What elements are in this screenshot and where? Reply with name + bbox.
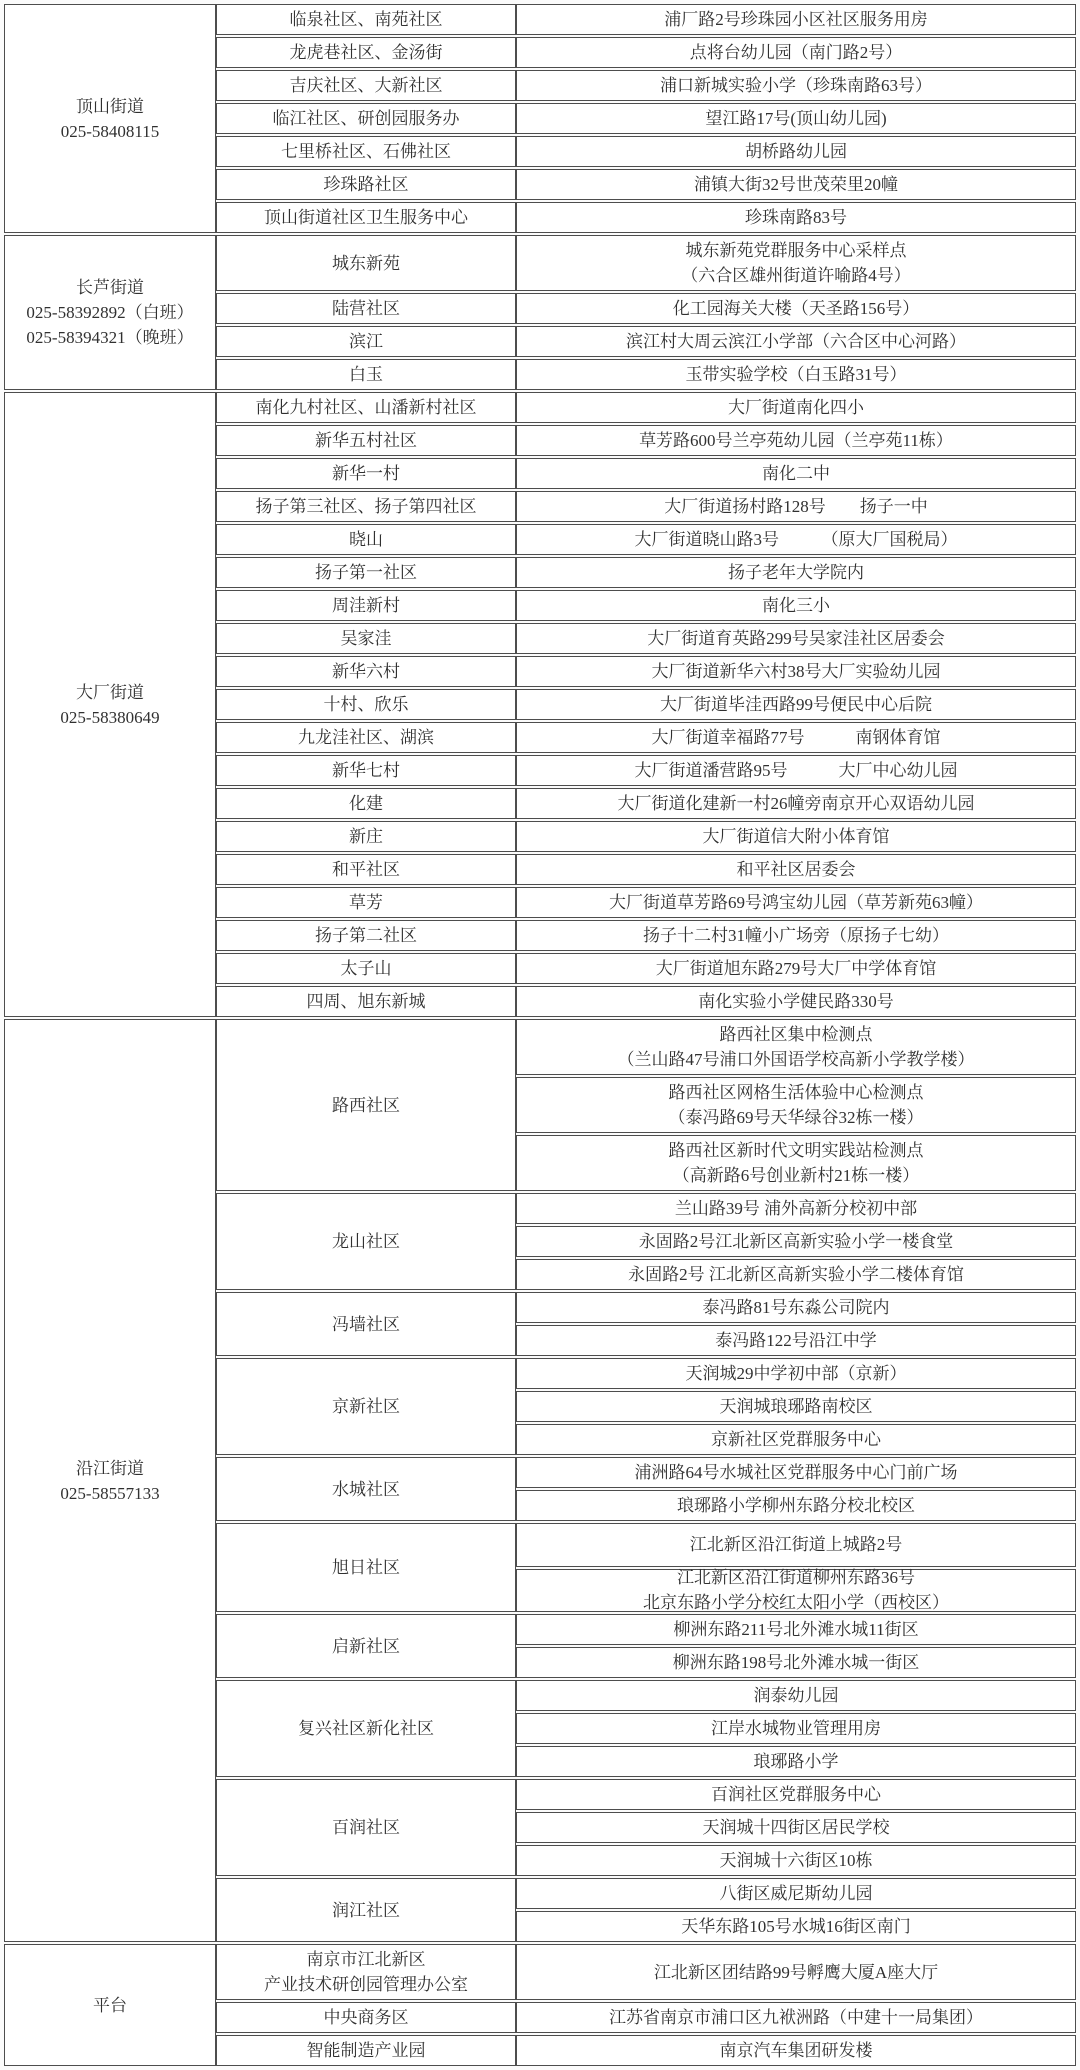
community-name: 龙虎巷社区、金汤街 bbox=[290, 40, 443, 65]
address-list: 大厂街道毕洼西路99号便民中心后院 bbox=[516, 689, 1076, 720]
address-cell: 京新社区党群服务中心 bbox=[516, 1424, 1076, 1455]
address-cell: 南化三小 bbox=[516, 590, 1076, 621]
community-row: 四周、旭东新城南化实验小学健民路330号 bbox=[216, 986, 1076, 1017]
address-cell: 路西社区集中检测点（兰山路47号浦口外国语学校高新小学教学楼） bbox=[516, 1019, 1076, 1075]
address-cell: 大厂街道南化四小 bbox=[516, 392, 1076, 423]
community-row: 南京市江北新区产业技术研创园管理办公室江北新区团结路99号孵鹰大厦A座大厅 bbox=[216, 1944, 1076, 2000]
address-list: 珍珠南路83号 bbox=[516, 202, 1076, 233]
address-cell: 和平社区居委会 bbox=[516, 854, 1076, 885]
address-line: 胡桥路幼儿园 bbox=[745, 139, 847, 164]
address-line: 大厂街道幸福路77号 南钢体育馆 bbox=[652, 725, 941, 750]
community-cell: 龙山社区 bbox=[216, 1193, 516, 1290]
community-rows: 南京市江北新区产业技术研创园管理办公室江北新区团结路99号孵鹰大厦A座大厅中央商… bbox=[216, 1944, 1076, 2066]
community-cell: 珍珠路社区 bbox=[216, 169, 516, 200]
address-line: 大厂街道晓山路3号 （原大厂国税局） bbox=[635, 527, 958, 552]
community-row: 新华一村南化二中 bbox=[216, 458, 1076, 489]
address-cell: 大厂街道潘营路95号 大厂中心幼儿园 bbox=[516, 755, 1076, 786]
address-list: 江北新区团结路99号孵鹰大厦A座大厅 bbox=[516, 1944, 1076, 2000]
address-list: 大厂街道草芳路69号鸿宝幼儿园（草芳新苑63幢） bbox=[516, 887, 1076, 918]
address-cell: 江苏省南京市浦口区九袱洲路（中建十一局集团） bbox=[516, 2002, 1076, 2033]
address-line: 路西社区网格生活体验中心检测点 bbox=[669, 1080, 924, 1105]
address-line: 城东新苑党群服务中心采样点 bbox=[686, 238, 907, 263]
address-cell: 泰冯路122号沿江中学 bbox=[516, 1325, 1076, 1356]
community-name: 龙山社区 bbox=[332, 1229, 400, 1254]
community-cell: 吴家洼 bbox=[216, 623, 516, 654]
community-name: 和平社区 bbox=[332, 857, 400, 882]
community-cell: 临江社区、研创园服务办 bbox=[216, 103, 516, 134]
community-name: 化建 bbox=[349, 791, 383, 816]
address-list: 润泰幼儿园江岸水城物业管理用房琅琊路小学 bbox=[516, 1680, 1076, 1777]
community-cell: 草芳 bbox=[216, 887, 516, 918]
address-cell: 草芳路600号兰亭苑幼儿园（兰亭苑11栋） bbox=[516, 425, 1076, 456]
address-line: 路西社区新时代文明实践站检测点 bbox=[669, 1138, 924, 1163]
address-line: 永固路2号 江北新区高新实验小学二楼体育馆 bbox=[628, 1262, 964, 1287]
community-name: 旭日社区 bbox=[332, 1555, 400, 1580]
community-name: 七里桥社区、石佛社区 bbox=[281, 139, 451, 164]
community-cell: 滨江 bbox=[216, 326, 516, 357]
address-list: 百润社区党群服务中心天润城十四街区居民学校天润城十六街区10栋 bbox=[516, 1779, 1076, 1876]
community-cell: 七里桥社区、石佛社区 bbox=[216, 136, 516, 167]
community-name: 新华六村 bbox=[332, 659, 400, 684]
address-line: 滨江村大周云滨江小学部（六合区中心河路） bbox=[626, 329, 966, 354]
address-cell: 天润城琅琊路南校区 bbox=[516, 1391, 1076, 1422]
community-row: 太子山大厂街道旭东路279号大厂中学体育馆 bbox=[216, 953, 1076, 984]
address-line: 江岸水城物业管理用房 bbox=[711, 1716, 881, 1741]
address-cell: 八街区威尼斯幼儿园 bbox=[516, 1878, 1076, 1909]
community-cell: 晓山 bbox=[216, 524, 516, 555]
address-list: 大厂街道南化四小 bbox=[516, 392, 1076, 423]
address-line: 扬子老年大学院内 bbox=[728, 560, 864, 585]
address-cell: 滨江村大周云滨江小学部（六合区中心河路） bbox=[516, 326, 1076, 357]
address-line: 望江路17号(顶山幼儿园) bbox=[705, 106, 886, 131]
address-line: 大厂街道新华六村38号大厂实验幼儿园 bbox=[652, 659, 941, 684]
address-line: 泰冯路122号沿江中学 bbox=[715, 1328, 877, 1353]
community-row: 复兴社区新化社区润泰幼儿园江岸水城物业管理用房琅琊路小学 bbox=[216, 1680, 1076, 1777]
street-name: 平台 bbox=[93, 1993, 127, 2018]
community-cell: 陆营社区 bbox=[216, 293, 516, 324]
address-cell: 泰冯路81号东淼公司院内 bbox=[516, 1292, 1076, 1323]
address-line: 草芳路600号兰亭苑幼儿园（兰亭苑11栋） bbox=[639, 428, 953, 453]
street-group: 长芦街道025-58392892（白班）025-58394321（晚班）城东新苑… bbox=[4, 235, 1076, 390]
address-cell: 柳洲东路211号北外滩水城11街区 bbox=[516, 1614, 1076, 1645]
community-name: 扬子第二社区 bbox=[315, 923, 417, 948]
address-line: 江北新区团结路99号孵鹰大厦A座大厅 bbox=[654, 1960, 938, 1985]
address-line: 天润城琅琊路南校区 bbox=[720, 1394, 873, 1419]
community-row: 陆营社区化工园海关大楼（天圣路156号） bbox=[216, 293, 1076, 324]
community-cell: 四周、旭东新城 bbox=[216, 986, 516, 1017]
address-list: 大厂街道育英路299号吴家洼社区居委会 bbox=[516, 623, 1076, 654]
street-group: 顶山街道025-58408115临泉社区、南苑社区浦厂路2号珍珠园小区社区服务用… bbox=[4, 4, 1076, 233]
testing-sites-table: 顶山街道025-58408115临泉社区、南苑社区浦厂路2号珍珠园小区社区服务用… bbox=[4, 4, 1076, 2066]
community-cell: 南化九村社区、山潘新村社区 bbox=[216, 392, 516, 423]
address-line: （高新路6号创业新村21栋一楼） bbox=[673, 1163, 920, 1188]
community-cell: 城东新苑 bbox=[216, 235, 516, 291]
street-name: 顶山街道 bbox=[76, 94, 144, 119]
community-row: 和平社区和平社区居委会 bbox=[216, 854, 1076, 885]
address-cell: 南化二中 bbox=[516, 458, 1076, 489]
community-row: 化建大厂街道化建新一村26幢旁南京开心双语幼儿园 bbox=[216, 788, 1076, 819]
street-phone: 025-58392892（白班） bbox=[26, 300, 193, 325]
community-row: 南化九村社区、山潘新村社区大厂街道南化四小 bbox=[216, 392, 1076, 423]
address-cell: 化工园海关大楼（天圣路156号） bbox=[516, 293, 1076, 324]
community-row: 新庄大厂街道信大附小体育馆 bbox=[216, 821, 1076, 852]
community-rows: 南化九村社区、山潘新村社区大厂街道南化四小新华五村社区草芳路600号兰亭苑幼儿园… bbox=[216, 392, 1076, 1017]
street-group: 平台南京市江北新区产业技术研创园管理办公室江北新区团结路99号孵鹰大厦A座大厅中… bbox=[4, 1944, 1076, 2066]
address-cell: 浦镇大街32号世茂荣里20幢 bbox=[516, 169, 1076, 200]
community-cell: 复兴社区新化社区 bbox=[216, 1680, 516, 1777]
community-name: 临江社区、研创园服务办 bbox=[273, 106, 460, 131]
community-name: 十村、欣乐 bbox=[324, 692, 409, 717]
address-line: 大厂街道潘营路95号 大厂中心幼儿园 bbox=[635, 758, 958, 783]
community-name: 京新社区 bbox=[332, 1394, 400, 1419]
address-cell: 路西社区新时代文明实践站检测点（高新路6号创业新村21栋一楼） bbox=[516, 1135, 1076, 1191]
address-cell: 江北新区沿江街道柳州东路36号北京东路小学分校红太阳小学（西校区） bbox=[516, 1569, 1076, 1613]
address-line: 浦洲路64号水城社区党群服务中心门前广场 bbox=[635, 1460, 958, 1485]
address-list: 胡桥路幼儿园 bbox=[516, 136, 1076, 167]
community-name: 新华一村 bbox=[332, 461, 400, 486]
address-cell: 大厂街道化建新一村26幢旁南京开心双语幼儿园 bbox=[516, 788, 1076, 819]
address-cell: 路西社区网格生活体验中心检测点（泰冯路69号天华绿谷32栋一楼） bbox=[516, 1077, 1076, 1133]
address-cell: 天华东路105号水城16街区南门 bbox=[516, 1911, 1076, 1942]
address-list: 南化三小 bbox=[516, 590, 1076, 621]
address-list: 江北新区沿江街道上城路2号江北新区沿江街道柳州东路36号北京东路小学分校红太阳小… bbox=[516, 1523, 1076, 1612]
community-name: 百润社区 bbox=[332, 1815, 400, 1840]
address-list: 大厂街道信大附小体育馆 bbox=[516, 821, 1076, 852]
street-phone: 025-58380649 bbox=[60, 705, 159, 730]
community-rows: 城东新苑城东新苑党群服务中心采样点（六合区雄州街道许喻路4号）陆营社区化工园海关… bbox=[216, 235, 1076, 390]
community-name: 中央商务区 bbox=[324, 2005, 409, 2030]
community-row: 七里桥社区、石佛社区胡桥路幼儿园 bbox=[216, 136, 1076, 167]
address-cell: 浦洲路64号水城社区党群服务中心门前广场 bbox=[516, 1457, 1076, 1488]
address-list: 兰山路39号 浦外高新分校初中部永固路2号江北新区高新实验小学一楼食堂永固路2号… bbox=[516, 1193, 1076, 1290]
address-line: 化工园海关大楼（天圣路156号） bbox=[673, 296, 920, 321]
address-list: 城东新苑党群服务中心采样点（六合区雄州街道许喻路4号） bbox=[516, 235, 1076, 291]
community-cell: 路西社区 bbox=[216, 1019, 516, 1191]
community-cell: 新华五村社区 bbox=[216, 425, 516, 456]
street-group: 大厂街道025-58380649南化九村社区、山潘新村社区大厂街道南化四小新华五… bbox=[4, 392, 1076, 1017]
community-cell: 旭日社区 bbox=[216, 1523, 516, 1612]
address-cell: 望江路17号(顶山幼儿园) bbox=[516, 103, 1076, 134]
address-cell: 浦厂路2号珍珠园小区社区服务用房 bbox=[516, 4, 1076, 35]
address-cell: 百润社区党群服务中心 bbox=[516, 1779, 1076, 1810]
community-row: 冯墙社区泰冯路81号东淼公司院内泰冯路122号沿江中学 bbox=[216, 1292, 1076, 1356]
address-line: 大厂街道草芳路69号鸿宝幼儿园（草芳新苑63幢） bbox=[609, 890, 983, 915]
community-cell: 新华七村 bbox=[216, 755, 516, 786]
address-list: 大厂街道新华六村38号大厂实验幼儿园 bbox=[516, 656, 1076, 687]
community-name: 南京市江北新区 bbox=[307, 1947, 426, 1972]
community-cell: 南京市江北新区产业技术研创园管理办公室 bbox=[216, 1944, 516, 2000]
address-list: 八街区威尼斯幼儿园天华东路105号水城16街区南门 bbox=[516, 1878, 1076, 1942]
community-name: 四周、旭东新城 bbox=[307, 989, 426, 1014]
address-list: 和平社区居委会 bbox=[516, 854, 1076, 885]
address-cell: 永固路2号 江北新区高新实验小学二楼体育馆 bbox=[516, 1259, 1076, 1290]
address-cell: 大厂街道育英路299号吴家洼社区居委会 bbox=[516, 623, 1076, 654]
community-name: 滨江 bbox=[349, 329, 383, 354]
address-list: 柳洲东路211号北外滩水城11街区柳洲东路198号北外滩水城一街区 bbox=[516, 1614, 1076, 1678]
address-cell: 大厂街道晓山路3号 （原大厂国税局） bbox=[516, 524, 1076, 555]
address-line: 大厂街道南化四小 bbox=[728, 395, 864, 420]
address-line: 浦镇大街32号世茂荣里20幢 bbox=[694, 172, 898, 197]
street-name: 大厂街道 bbox=[76, 680, 144, 705]
community-cell: 吉庆社区、大新社区 bbox=[216, 70, 516, 101]
street-phone: 025-58557133 bbox=[60, 1481, 159, 1506]
community-cell: 化建 bbox=[216, 788, 516, 819]
address-list: 南化实验小学健民路330号 bbox=[516, 986, 1076, 1017]
address-list: 泰冯路81号东淼公司院内泰冯路122号沿江中学 bbox=[516, 1292, 1076, 1356]
address-cell: 柳洲东路198号北外滩水城一街区 bbox=[516, 1647, 1076, 1678]
address-list: 浦镇大街32号世茂荣里20幢 bbox=[516, 169, 1076, 200]
address-line: 南化二中 bbox=[762, 461, 830, 486]
address-list: 大厂街道旭东路279号大厂中学体育馆 bbox=[516, 953, 1076, 984]
community-row: 启新社区柳洲东路211号北外滩水城11街区柳洲东路198号北外滩水城一街区 bbox=[216, 1614, 1076, 1678]
address-line: 琅琊路小学柳州东路分校北校区 bbox=[677, 1493, 915, 1518]
community-name: 扬子第一社区 bbox=[315, 560, 417, 585]
address-line: 大厂街道毕洼西路99号便民中心后院 bbox=[660, 692, 932, 717]
address-line: 琅琊路小学 bbox=[754, 1749, 839, 1774]
address-cell: 润泰幼儿园 bbox=[516, 1680, 1076, 1711]
community-name: 润江社区 bbox=[332, 1898, 400, 1923]
address-list: 扬子十二村31幢小广场旁（原扬子七幼） bbox=[516, 920, 1076, 951]
community-name: 扬子第三社区、扬子第四社区 bbox=[256, 494, 477, 519]
community-cell: 新华六村 bbox=[216, 656, 516, 687]
community-row: 扬子第一社区扬子老年大学院内 bbox=[216, 557, 1076, 588]
address-line: 润泰幼儿园 bbox=[754, 1683, 839, 1708]
address-line: 浦口新城实验小学（珍珠南路63号） bbox=[660, 73, 932, 98]
address-line: 珍珠南路83号 bbox=[745, 205, 847, 230]
community-cell: 新庄 bbox=[216, 821, 516, 852]
street-cell: 顶山街道025-58408115 bbox=[4, 4, 216, 233]
address-list: 浦厂路2号珍珠园小区社区服务用房 bbox=[516, 4, 1076, 35]
address-line: 大厂街道化建新一村26幢旁南京开心双语幼儿园 bbox=[618, 791, 975, 816]
community-rows: 临泉社区、南苑社区浦厂路2号珍珠园小区社区服务用房龙虎巷社区、金汤街点将台幼儿园… bbox=[216, 4, 1076, 233]
address-cell: 琅琊路小学柳州东路分校北校区 bbox=[516, 1490, 1076, 1521]
community-name: 陆营社区 bbox=[332, 296, 400, 321]
community-name: 临泉社区、南苑社区 bbox=[290, 7, 443, 32]
community-row: 吴家洼大厂街道育英路299号吴家洼社区居委会 bbox=[216, 623, 1076, 654]
address-line: 八街区威尼斯幼儿园 bbox=[720, 1881, 873, 1906]
community-cell: 启新社区 bbox=[216, 1614, 516, 1678]
address-cell: 大厂街道扬村路128号 扬子一中 bbox=[516, 491, 1076, 522]
address-list: 望江路17号(顶山幼儿园) bbox=[516, 103, 1076, 134]
community-name: 太子山 bbox=[341, 956, 392, 981]
community-row: 十村、欣乐大厂街道毕洼西路99号便民中心后院 bbox=[216, 689, 1076, 720]
community-row: 周洼新村南化三小 bbox=[216, 590, 1076, 621]
address-line: 南化三小 bbox=[762, 593, 830, 618]
address-cell: 南京汽车集团研发楼 bbox=[516, 2035, 1076, 2066]
address-list: 扬子老年大学院内 bbox=[516, 557, 1076, 588]
community-cell: 顶山街道社区卫生服务中心 bbox=[216, 202, 516, 233]
community-name: 冯墙社区 bbox=[332, 1312, 400, 1337]
address-line: 扬子十二村31幢小广场旁（原扬子七幼） bbox=[643, 923, 949, 948]
community-row: 草芳大厂街道草芳路69号鸿宝幼儿园（草芳新苑63幢） bbox=[216, 887, 1076, 918]
community-name: 智能制造产业园 bbox=[307, 2038, 426, 2063]
address-list: 草芳路600号兰亭苑幼儿园（兰亭苑11栋） bbox=[516, 425, 1076, 456]
community-cell: 水城社区 bbox=[216, 1457, 516, 1521]
street-cell: 平台 bbox=[4, 1944, 216, 2066]
community-row: 白玉玉带实验学校（白玉路31号） bbox=[216, 359, 1076, 390]
community-name: 草芳 bbox=[349, 890, 383, 915]
community-name: 水城社区 bbox=[332, 1477, 400, 1502]
community-row: 珍珠路社区浦镇大街32号世茂荣里20幢 bbox=[216, 169, 1076, 200]
street-phone: 025-58394321（晚班） bbox=[26, 325, 193, 350]
community-cell: 润江社区 bbox=[216, 1878, 516, 1942]
address-list: 浦口新城实验小学（珍珠南路63号） bbox=[516, 70, 1076, 101]
community-row: 百润社区百润社区党群服务中心天润城十四街区居民学校天润城十六街区10栋 bbox=[216, 1779, 1076, 1876]
address-line: 南京汽车集团研发楼 bbox=[720, 2038, 873, 2063]
community-row: 滨江滨江村大周云滨江小学部（六合区中心河路） bbox=[216, 326, 1076, 357]
address-line: 柳洲东路198号北外滩水城一街区 bbox=[673, 1650, 920, 1675]
address-line: 江苏省南京市浦口区九袱洲路（中建十一局集团） bbox=[609, 2005, 983, 2030]
address-line: 天润城十四街区居民学校 bbox=[703, 1815, 890, 1840]
community-row: 晓山大厂街道晓山路3号 （原大厂国税局） bbox=[216, 524, 1076, 555]
address-cell: 天润城十六街区10栋 bbox=[516, 1845, 1076, 1876]
community-row: 智能制造产业园南京汽车集团研发楼 bbox=[216, 2035, 1076, 2066]
address-list: 大厂街道潘营路95号 大厂中心幼儿园 bbox=[516, 755, 1076, 786]
address-list: 大厂街道化建新一村26幢旁南京开心双语幼儿园 bbox=[516, 788, 1076, 819]
community-name: 吴家洼 bbox=[341, 626, 392, 651]
community-cell: 百润社区 bbox=[216, 1779, 516, 1876]
address-list: 大厂街道晓山路3号 （原大厂国税局） bbox=[516, 524, 1076, 555]
community-row: 中央商务区江苏省南京市浦口区九袱洲路（中建十一局集团） bbox=[216, 2002, 1076, 2033]
address-cell: 浦口新城实验小学（珍珠南路63号） bbox=[516, 70, 1076, 101]
address-line: 北京东路小学分校红太阳小学（西校区） bbox=[643, 1590, 949, 1615]
address-line: 玉带实验学校（白玉路31号） bbox=[686, 362, 907, 387]
community-name: 复兴社区新化社区 bbox=[298, 1716, 434, 1741]
community-cell: 冯墙社区 bbox=[216, 1292, 516, 1356]
community-name: 周洼新村 bbox=[332, 593, 400, 618]
community-row: 顶山街道社区卫生服务中心珍珠南路83号 bbox=[216, 202, 1076, 233]
address-cell: 江岸水城物业管理用房 bbox=[516, 1713, 1076, 1744]
address-list: 江苏省南京市浦口区九袱洲路（中建十一局集团） bbox=[516, 2002, 1076, 2033]
community-row: 龙山社区兰山路39号 浦外高新分校初中部永固路2号江北新区高新实验小学一楼食堂永… bbox=[216, 1193, 1076, 1290]
address-line: 天润城29中学初中部（京新） bbox=[686, 1361, 907, 1386]
address-line: 路西社区集中检测点 bbox=[720, 1022, 873, 1047]
community-row: 临泉社区、南苑社区浦厂路2号珍珠园小区社区服务用房 bbox=[216, 4, 1076, 35]
community-cell: 扬子第一社区 bbox=[216, 557, 516, 588]
address-line: 京新社区党群服务中心 bbox=[711, 1427, 881, 1452]
address-cell: 扬子老年大学院内 bbox=[516, 557, 1076, 588]
address-line: 泰冯路81号东淼公司院内 bbox=[703, 1295, 890, 1320]
address-cell: 大厂街道幸福路77号 南钢体育馆 bbox=[516, 722, 1076, 753]
address-list: 滨江村大周云滨江小学部（六合区中心河路） bbox=[516, 326, 1076, 357]
address-cell: 大厂街道毕洼西路99号便民中心后院 bbox=[516, 689, 1076, 720]
address-cell: 永固路2号江北新区高新实验小学一楼食堂 bbox=[516, 1226, 1076, 1257]
address-cell: 珍珠南路83号 bbox=[516, 202, 1076, 233]
address-cell: 琅琊路小学 bbox=[516, 1746, 1076, 1777]
community-row: 九龙洼社区、湖滨大厂街道幸福路77号 南钢体育馆 bbox=[216, 722, 1076, 753]
community-cell: 和平社区 bbox=[216, 854, 516, 885]
community-name: 南化九村社区、山潘新村社区 bbox=[256, 395, 477, 420]
community-name: 白玉 bbox=[349, 362, 383, 387]
community-name: 顶山街道社区卫生服务中心 bbox=[264, 205, 468, 230]
community-cell: 京新社区 bbox=[216, 1358, 516, 1455]
address-line: 永固路2号江北新区高新实验小学一楼食堂 bbox=[639, 1229, 954, 1254]
community-name: 吉庆社区、大新社区 bbox=[290, 73, 443, 98]
address-cell: 大厂街道信大附小体育馆 bbox=[516, 821, 1076, 852]
address-line: （六合区雄州街道许喻路4号） bbox=[681, 263, 911, 288]
community-cell: 中央商务区 bbox=[216, 2002, 516, 2033]
address-cell: 兰山路39号 浦外高新分校初中部 bbox=[516, 1193, 1076, 1224]
community-name: 珍珠路社区 bbox=[324, 172, 409, 197]
community-row: 临江社区、研创园服务办望江路17号(顶山幼儿园) bbox=[216, 103, 1076, 134]
address-line: 天润城十六街区10栋 bbox=[720, 1848, 873, 1873]
address-list: 南化二中 bbox=[516, 458, 1076, 489]
street-cell: 沿江街道025-58557133 bbox=[4, 1019, 216, 1942]
community-cell: 新华一村 bbox=[216, 458, 516, 489]
address-cell: 南化实验小学健民路330号 bbox=[516, 986, 1076, 1017]
community-row: 城东新苑城东新苑党群服务中心采样点（六合区雄州街道许喻路4号） bbox=[216, 235, 1076, 291]
address-list: 大厂街道幸福路77号 南钢体育馆 bbox=[516, 722, 1076, 753]
address-cell: 扬子十二村31幢小广场旁（原扬子七幼） bbox=[516, 920, 1076, 951]
street-cell: 长芦街道025-58392892（白班）025-58394321（晚班） bbox=[4, 235, 216, 390]
address-cell: 胡桥路幼儿园 bbox=[516, 136, 1076, 167]
community-row: 吉庆社区、大新社区浦口新城实验小学（珍珠南路63号） bbox=[216, 70, 1076, 101]
address-line: 百润社区党群服务中心 bbox=[711, 1782, 881, 1807]
community-cell: 白玉 bbox=[216, 359, 516, 390]
address-line: （泰冯路69号天华绿谷32栋一楼） bbox=[669, 1105, 924, 1130]
address-list: 浦洲路64号水城社区党群服务中心门前广场琅琊路小学柳州东路分校北校区 bbox=[516, 1457, 1076, 1521]
address-list: 大厂街道扬村路128号 扬子一中 bbox=[516, 491, 1076, 522]
community-cell: 九龙洼社区、湖滨 bbox=[216, 722, 516, 753]
address-line: 江北新区沿江街道上城路2号 bbox=[690, 1532, 903, 1557]
address-cell: 大厂街道新华六村38号大厂实验幼儿园 bbox=[516, 656, 1076, 687]
address-line: 江北新区沿江街道柳州东路36号 bbox=[677, 1565, 915, 1590]
community-name: 晓山 bbox=[349, 527, 383, 552]
address-line: 大厂街道旭东路279号大厂中学体育馆 bbox=[656, 956, 937, 981]
community-row: 旭日社区江北新区沿江街道上城路2号江北新区沿江街道柳州东路36号北京东路小学分校… bbox=[216, 1523, 1076, 1612]
street-cell: 大厂街道025-58380649 bbox=[4, 392, 216, 1017]
address-line: 大厂街道育英路299号吴家洼社区居委会 bbox=[647, 626, 945, 651]
address-line: 柳洲东路211号北外滩水城11街区 bbox=[673, 1617, 918, 1642]
address-line: 浦厂路2号珍珠园小区社区服务用房 bbox=[664, 7, 928, 32]
community-cell: 扬子第三社区、扬子第四社区 bbox=[216, 491, 516, 522]
community-name: 路西社区 bbox=[332, 1093, 400, 1118]
community-cell: 临泉社区、南苑社区 bbox=[216, 4, 516, 35]
address-cell: 玉带实验学校（白玉路31号） bbox=[516, 359, 1076, 390]
address-line: 和平社区居委会 bbox=[737, 857, 856, 882]
community-name: 九龙洼社区、湖滨 bbox=[298, 725, 434, 750]
street-group: 沿江街道025-58557133路西社区路西社区集中检测点（兰山路47号浦口外国… bbox=[4, 1019, 1076, 1942]
community-name: 启新社区 bbox=[332, 1634, 400, 1659]
address-line: 天华东路105号水城16街区南门 bbox=[681, 1914, 911, 1939]
community-cell: 龙虎巷社区、金汤街 bbox=[216, 37, 516, 68]
address-list: 天润城29中学初中部（京新）天润城琅琊路南校区京新社区党群服务中心 bbox=[516, 1358, 1076, 1455]
street-name: 长芦街道 bbox=[76, 275, 144, 300]
community-name: 新庄 bbox=[349, 824, 383, 849]
address-line: 大厂街道扬村路128号 扬子一中 bbox=[664, 494, 928, 519]
address-line: 大厂街道信大附小体育馆 bbox=[703, 824, 890, 849]
community-name: 产业技术研创园管理办公室 bbox=[264, 1972, 468, 1997]
address-list: 玉带实验学校（白玉路31号） bbox=[516, 359, 1076, 390]
address-cell: 江北新区沿江街道上城路2号 bbox=[516, 1523, 1076, 1567]
address-cell: 天润城十四街区居民学校 bbox=[516, 1812, 1076, 1843]
community-cell: 扬子第二社区 bbox=[216, 920, 516, 951]
address-cell: 江北新区团结路99号孵鹰大厦A座大厅 bbox=[516, 1944, 1076, 2000]
community-row: 水城社区浦洲路64号水城社区党群服务中心门前广场琅琊路小学柳州东路分校北校区 bbox=[216, 1457, 1076, 1521]
community-row: 新华五村社区草芳路600号兰亭苑幼儿园（兰亭苑11栋） bbox=[216, 425, 1076, 456]
street-phone: 025-58408115 bbox=[61, 119, 160, 144]
community-name: 新华七村 bbox=[332, 758, 400, 783]
community-rows: 路西社区路西社区集中检测点（兰山路47号浦口外国语学校高新小学教学楼）路西社区网… bbox=[216, 1019, 1076, 1942]
address-cell: 点将台幼儿园（南门路2号） bbox=[516, 37, 1076, 68]
address-cell: 大厂街道旭东路279号大厂中学体育馆 bbox=[516, 953, 1076, 984]
address-cell: 城东新苑党群服务中心采样点（六合区雄州街道许喻路4号） bbox=[516, 235, 1076, 291]
address-line: 兰山路39号 浦外高新分校初中部 bbox=[675, 1196, 917, 1221]
community-row: 路西社区路西社区集中检测点（兰山路47号浦口外国语学校高新小学教学楼）路西社区网… bbox=[216, 1019, 1076, 1191]
community-name: 新华五村社区 bbox=[315, 428, 417, 453]
address-list: 路西社区集中检测点（兰山路47号浦口外国语学校高新小学教学楼）路西社区网格生活体… bbox=[516, 1019, 1076, 1191]
community-name: 城东新苑 bbox=[332, 251, 400, 276]
